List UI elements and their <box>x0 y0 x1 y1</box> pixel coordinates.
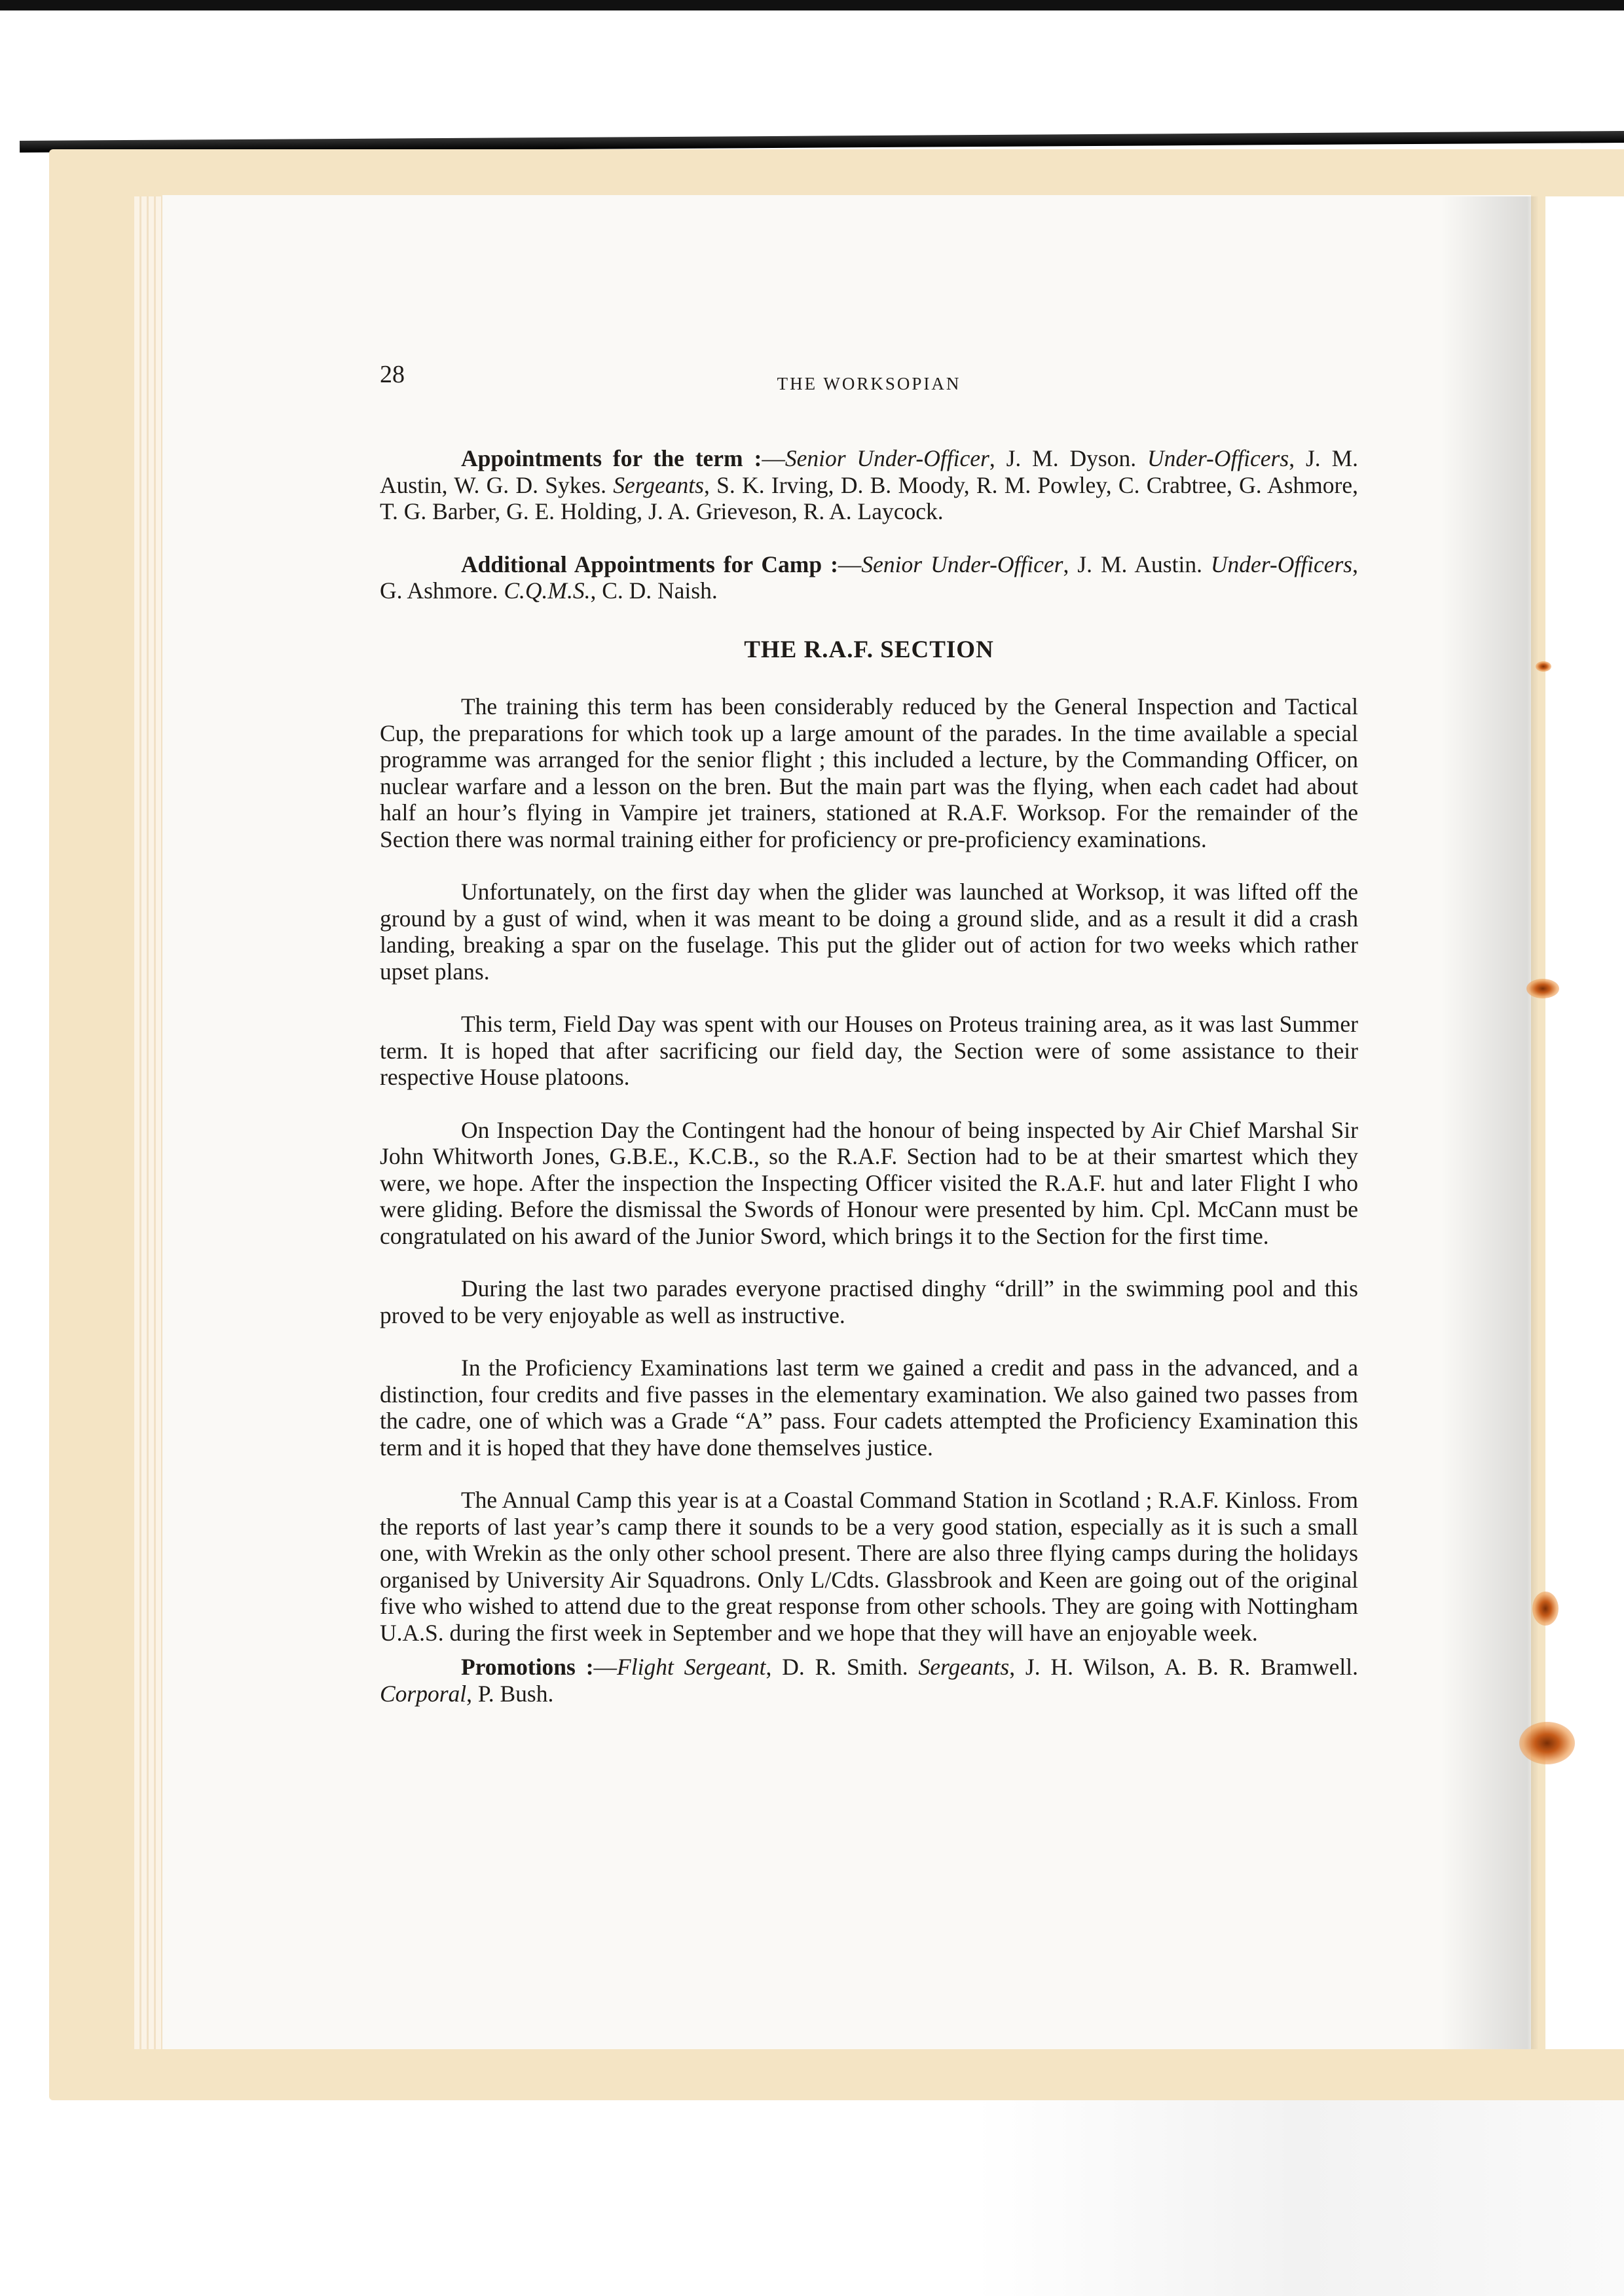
role-label: Sergeants <box>613 472 704 498</box>
body-paragraph: Unfortunately, on the first day when the… <box>380 879 1358 985</box>
body-paragraph: On Inspection Day the Contingent had the… <box>380 1117 1358 1250</box>
camp-appointments-paragraph: Additional Appointments for Camp :—Senio… <box>380 551 1358 604</box>
body-paragraph: This term, Field Day was spent with our … <box>380 1011 1358 1091</box>
rust-stain <box>1519 1722 1575 1764</box>
names: , C. D. Naish. <box>590 577 717 604</box>
names: , J. M. Dyson. <box>989 445 1147 471</box>
scan-top-edge <box>0 0 1624 10</box>
body-paragraph: In the Proficiency Examinations last ter… <box>380 1355 1358 1461</box>
gutter-shadow <box>1441 196 1539 2049</box>
rust-stain <box>1536 661 1551 672</box>
camp-appointments-heading: Additional Appointments for Camp : <box>461 551 838 577</box>
promotions-paragraph: Promotions :—Flight Sergeant, D. R. Smit… <box>380 1654 1358 1707</box>
role-label: Under-Officers <box>1147 445 1289 471</box>
section-title: THE R.A.F. SECTION <box>380 637 1358 664</box>
names: , J. M. Austin. <box>1063 551 1210 577</box>
facing-page-edge <box>1545 196 1624 2049</box>
appointments-heading: Appointments for the term : <box>461 445 762 471</box>
role-label: Sergeants <box>919 1654 1010 1680</box>
promotions-heading: Promotions : <box>461 1654 594 1680</box>
scan-background <box>0 2100 1624 2296</box>
body-paragraph: The Annual Camp this year is at a Coasta… <box>380 1487 1358 1646</box>
names: , P. Bush. <box>466 1681 553 1707</box>
role-label: Flight Sergeant <box>617 1654 766 1680</box>
names: , J. H. Wilson, A. B. R. Bramwell. <box>1009 1654 1358 1680</box>
rust-stain <box>1526 979 1559 998</box>
role-label: Senior Under-Officer <box>785 445 989 471</box>
rust-stain <box>1532 1592 1559 1626</box>
page-content: 28 THE WORKSOPIAN Appointments for the t… <box>380 361 1358 1733</box>
body-paragraph: The training this term has been consider… <box>380 693 1358 852</box>
role-label: Corporal <box>380 1681 466 1707</box>
role-label: Under-Officers <box>1211 551 1352 577</box>
names: , D. R. Smith. <box>766 1654 919 1680</box>
running-title: THE WORKSOPIAN <box>380 371 1358 397</box>
role-label: C.Q.M.S. <box>504 577 590 604</box>
body-paragraph: During the last two parades everyone pra… <box>380 1275 1358 1328</box>
role-label: Senior Under-Officer <box>861 551 1063 577</box>
running-header: 28 THE WORKSOPIAN <box>380 361 1358 401</box>
appointments-paragraph: Appointments for the term :—Senior Under… <box>380 445 1358 525</box>
